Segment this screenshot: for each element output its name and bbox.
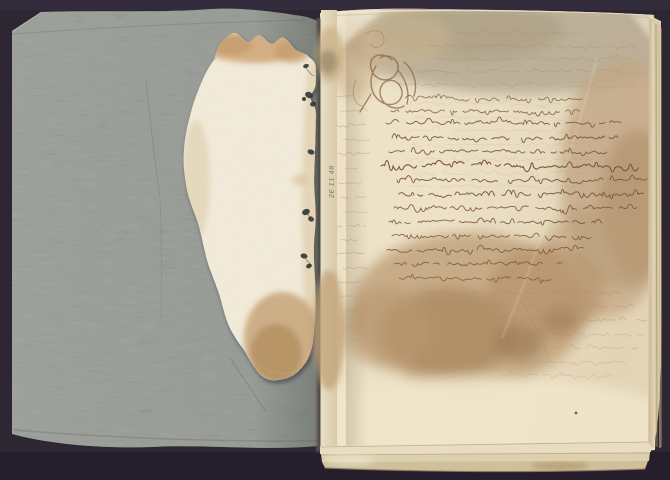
background-top-band <box>0 0 670 10</box>
shelfmark-pencil-note: 2E 11 48 <box>328 165 336 198</box>
page-bottom-stack <box>320 441 651 472</box>
ink-speck <box>575 412 578 415</box>
archival-manuscript-scan: 2E 11 48 <box>0 0 670 480</box>
page-edge-strip <box>648 16 662 449</box>
scan-image: 2E 11 48 <box>0 0 670 480</box>
